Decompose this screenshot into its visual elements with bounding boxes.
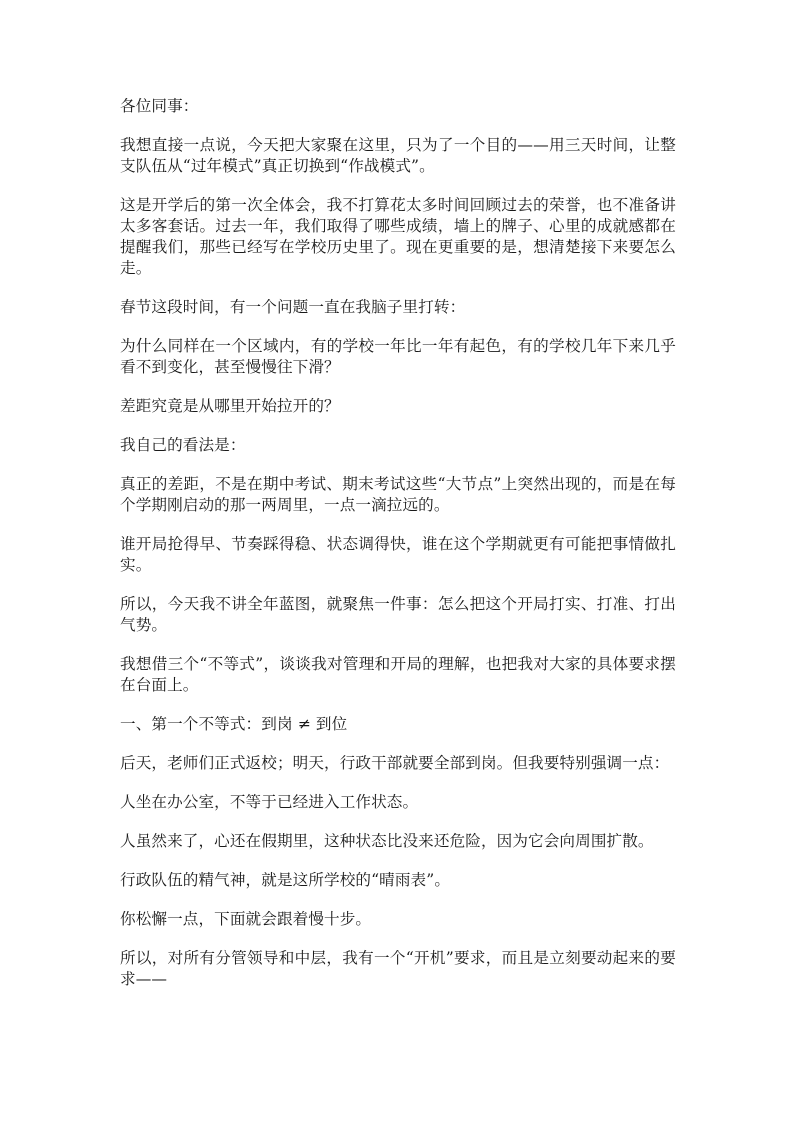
paragraph-barometer: 行政队伍的精气神，就是这所学校的“晴雨表”。 bbox=[120, 870, 676, 891]
paragraph-focus: 所以，今天我不讲全年蓝图，就聚焦一件事：怎么把这个开局打实、打准、打出气势。 bbox=[120, 594, 676, 636]
paragraph-return-schedule: 后天，老师们正式返校；明天，行政干部就要全部到岗。但我要特别强调一点： bbox=[120, 753, 676, 774]
section-heading: 一、第一个不等式：到岗 ≠ 到位 bbox=[120, 714, 676, 735]
document-page: 各位同事： 我想直接一点说，今天把大家聚在这里，只为了一个目的——用三天时间，让… bbox=[120, 96, 676, 1008]
paragraph-first-meeting: 这是开学后的第一次全体会，我不打算花太多时间回顾过去的荣誉，也不准备讲太多客套话… bbox=[120, 195, 676, 279]
paragraph-real-gap: 真正的差距，不是在期中考试、期末考试这些“大节点”上突然出现的，而是在每个学期刚… bbox=[120, 474, 676, 516]
paragraph-gap-question: 差距究竟是从哪里开始拉开的？ bbox=[120, 396, 676, 417]
paragraph-question: 为什么同样在一个区域内，有的学校一年比一年有起色，有的学校几年下来几乎看不到变化… bbox=[120, 336, 676, 378]
paragraph-startup-requirement: 所以，对所有分管领导和中层，我有一个“开机”要求，而且是立刻要动起来的要求—— bbox=[120, 948, 676, 990]
paragraph-question-intro: 春节这段时间，有一个问题一直在我脑子里打转： bbox=[120, 297, 676, 318]
paragraph-sitting-not-working: 人坐在办公室，不等于已经进入工作状态。 bbox=[120, 792, 676, 813]
paragraph-mind-on-holiday: 人虽然来了，心还在假期里，这种状态比没来还危险，因为它会向周围扩散。 bbox=[120, 831, 676, 852]
paragraph-slack: 你松懈一点，下面就会跟着慢十步。 bbox=[120, 909, 676, 930]
paragraph-three-inequalities: 我想借三个“不等式”，谈谈我对管理和开局的理解，也把我对大家的具体要求摆在台面上… bbox=[120, 654, 676, 696]
paragraph-view-intro: 我自己的看法是： bbox=[120, 435, 676, 456]
paragraph-opening: 我想直接一点说，今天把大家聚在这里，只为了一个目的——用三天时间，让整支队伍从“… bbox=[120, 135, 676, 177]
paragraph-good-start: 谁开局抢得早、节奏踩得稳、状态调得快，谁在这个学期就更有可能把事情做扎实。 bbox=[120, 534, 676, 576]
salutation: 各位同事： bbox=[120, 96, 676, 117]
